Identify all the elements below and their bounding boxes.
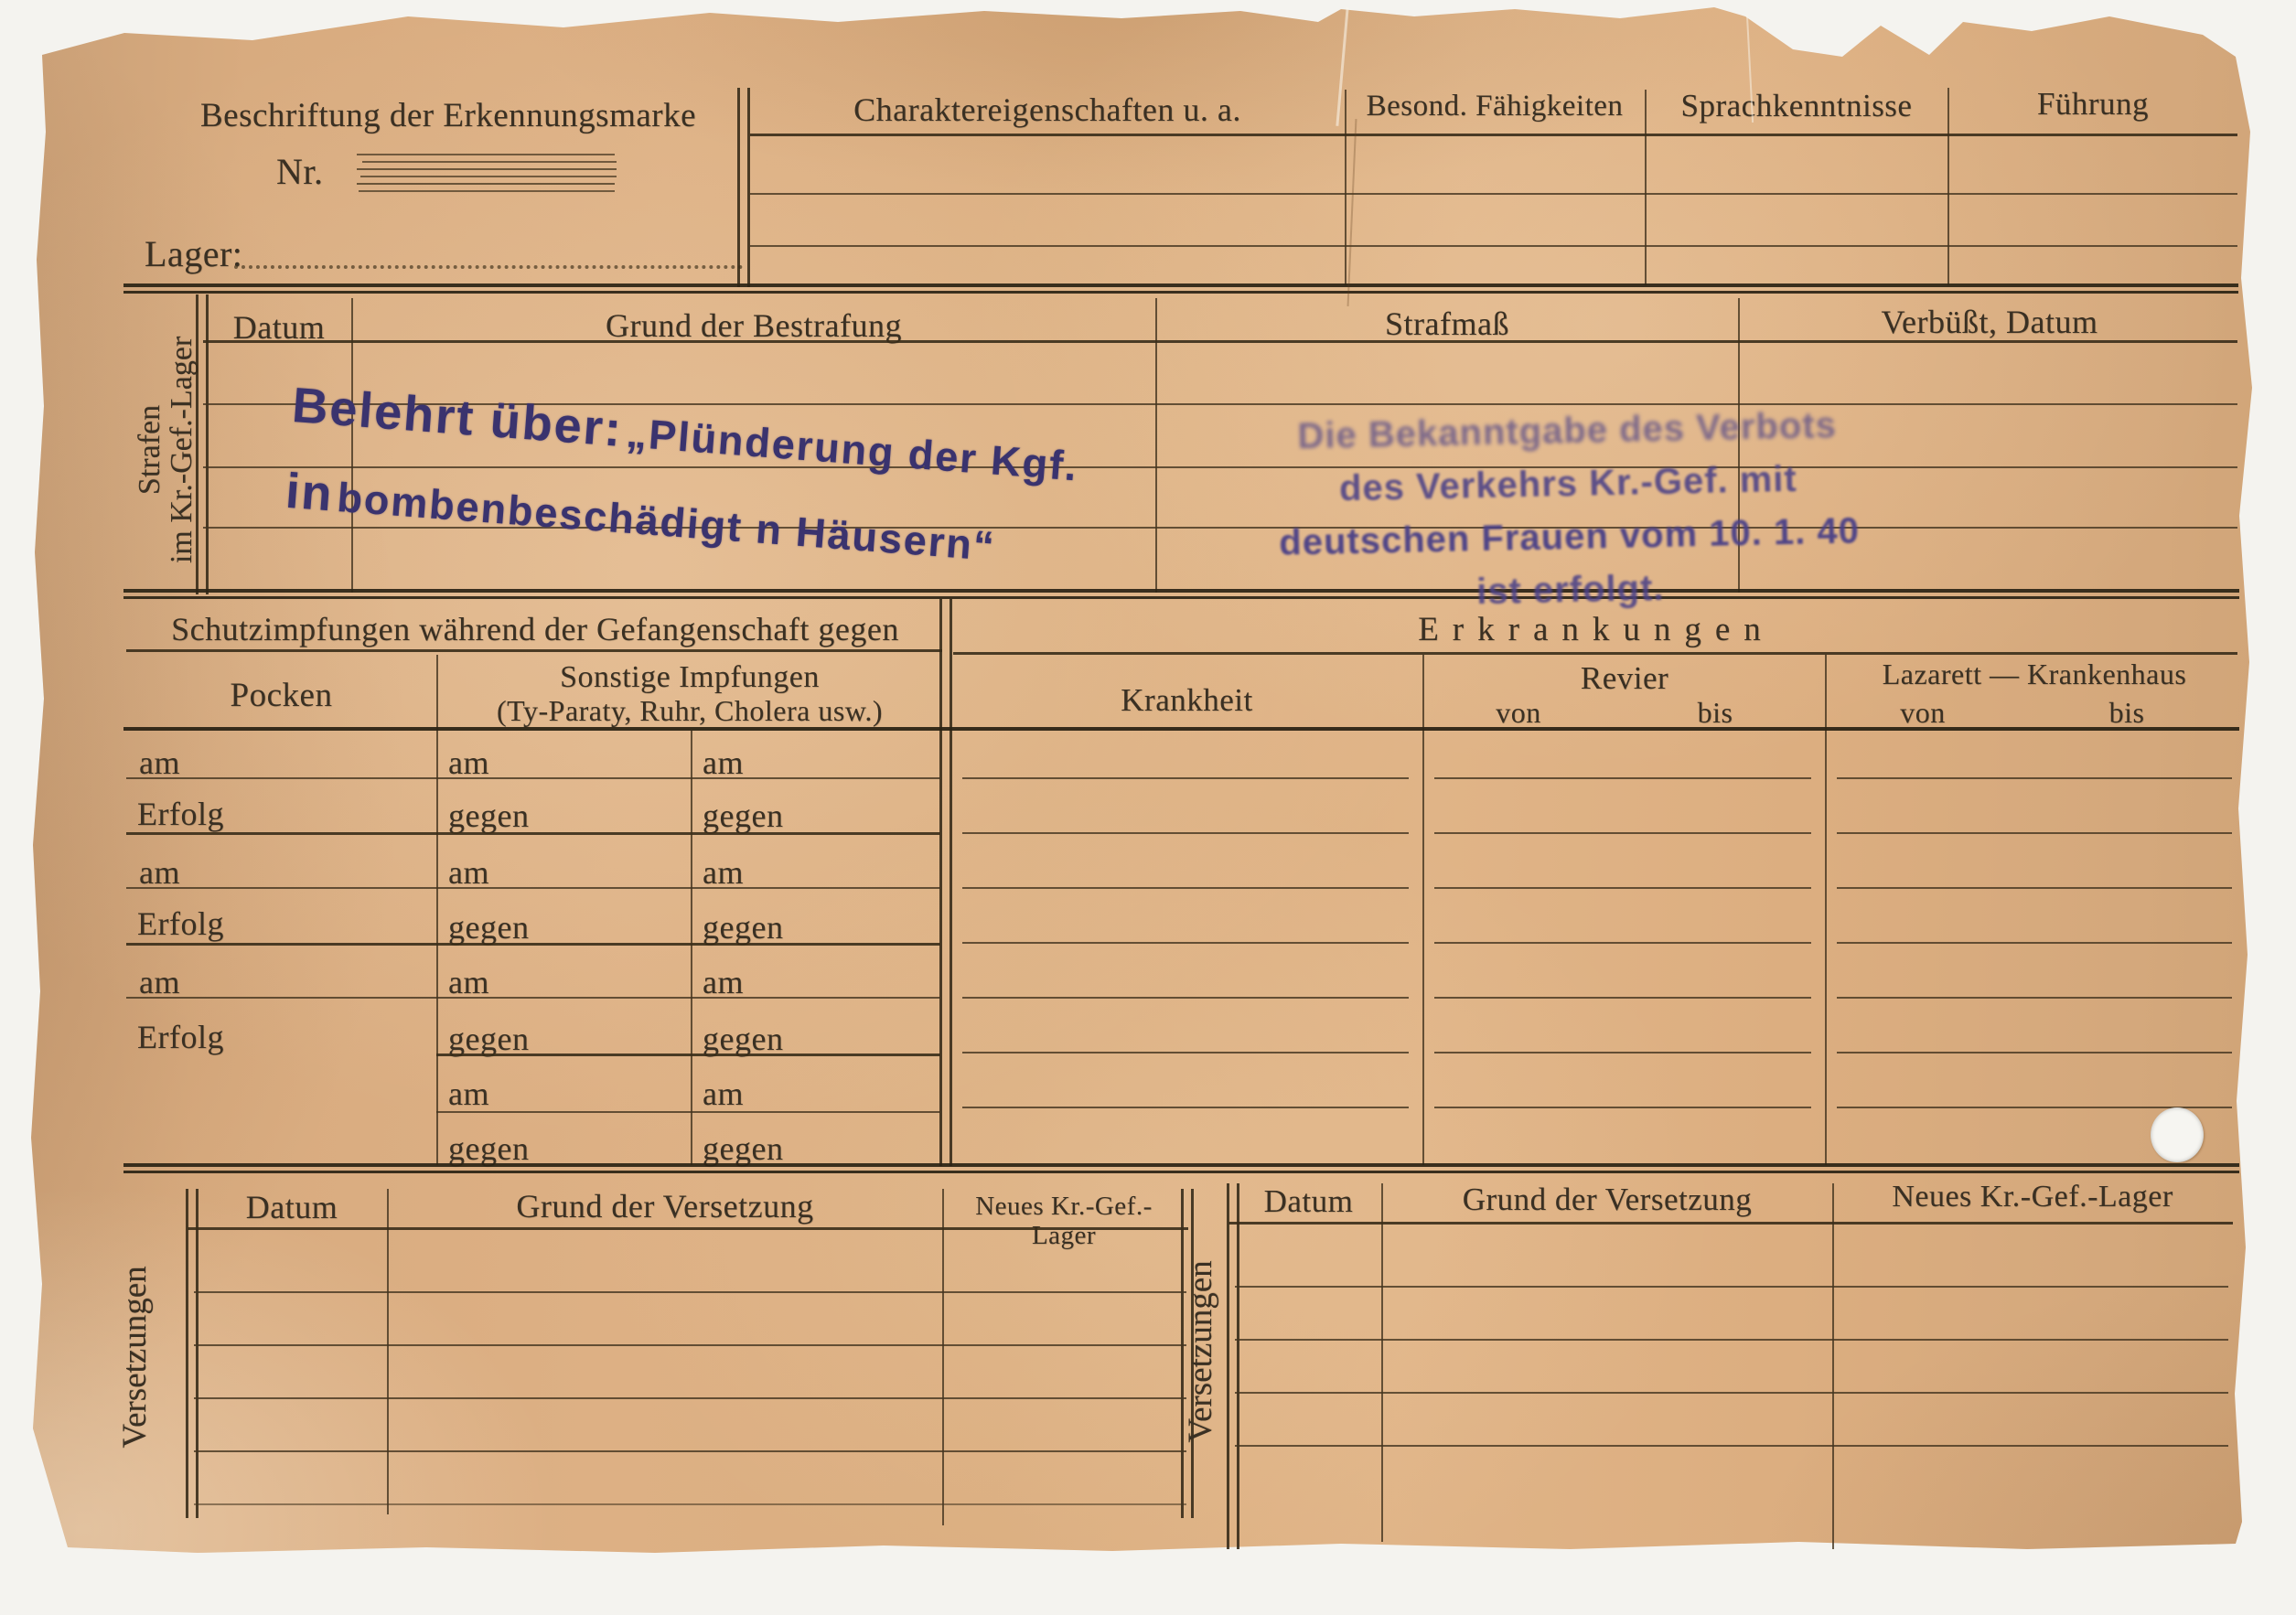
rule-line	[126, 777, 940, 779]
rule-line	[126, 943, 940, 946]
rule-line	[962, 1107, 1409, 1108]
pocken-am-label: am	[139, 854, 180, 891]
column-header-fuehrung: Führung	[1951, 86, 2235, 122]
column-header-grund-der-versetzung: Grund der Versetzung	[1383, 1182, 1831, 1217]
rule-line	[126, 997, 940, 999]
document-scan: Beschriftung der Erkennungsmarke Nr. Lag…	[0, 0, 2296, 1615]
sonstige1-am-label: am	[448, 964, 489, 1000]
rule-line	[1837, 777, 2232, 779]
nr-label: Nr.	[276, 152, 324, 193]
rule-line	[962, 1052, 1409, 1053]
rule-line	[1235, 1392, 2228, 1394]
rule-line	[1434, 832, 1811, 834]
divider-line	[691, 731, 692, 1165]
versetzungen-side-label: Versetzungen	[115, 1229, 156, 1485]
rule-line	[1434, 1107, 1811, 1108]
divider-line	[939, 599, 952, 1166]
pocken-erfolg-label: Erfolg	[137, 796, 224, 832]
rule-line	[126, 649, 942, 652]
rule-line	[194, 1344, 1186, 1346]
rule-line	[123, 727, 2239, 731]
divider-line	[737, 88, 750, 287]
lazarett-bis-label: bis	[2072, 697, 2182, 730]
column-header-sprachkenntnisse: Sprachkenntnisse	[1648, 88, 1945, 123]
rule-line	[962, 887, 1409, 889]
verbot-stamp: Die Bekanntgabe des Verbots des Verkehrs…	[1215, 397, 1924, 624]
section-border	[123, 1163, 2239, 1173]
rule-line	[203, 340, 2237, 343]
column-header-besond-faehigkeiten: Besond. Fähigkeiten	[1348, 90, 1641, 123]
rule-line	[1837, 832, 2232, 834]
column-header-sonstige-detail: (Ty-Paraty, Ruhr, Cholera usw.)	[439, 695, 940, 728]
section-border	[123, 283, 2238, 294]
divider-line	[387, 1189, 389, 1514]
rule-line	[750, 193, 2237, 195]
pocken-erfolg-label: Erfolg	[137, 905, 224, 942]
column-header-sonstige-impfungen: Sonstige Impfungen	[439, 660, 940, 695]
divider-line	[436, 655, 438, 1165]
rule-line	[126, 887, 940, 889]
rule-line	[1235, 1339, 2228, 1341]
sonstige1-am-label: am	[448, 854, 489, 891]
schutzimpfungen-title: Schutzimpfungen während der Gefangenscha…	[128, 611, 942, 647]
nr-ruling-line	[357, 183, 615, 185]
nr-ruling-line	[362, 161, 617, 163]
pocken-am-label: am	[139, 744, 180, 781]
sonstige2-am-label: am	[703, 964, 744, 1000]
lager-dotted-line	[234, 232, 743, 269]
rule-line	[953, 652, 2237, 655]
divider-line	[186, 1189, 198, 1518]
rule-line	[1434, 1052, 1811, 1053]
rule-line	[1235, 1445, 2228, 1447]
rule-line	[188, 1227, 1188, 1230]
column-header-strafmass: Strafmaß	[1157, 305, 1737, 342]
rule-line	[1434, 997, 1811, 999]
rule-line	[962, 997, 1409, 999]
sonstige2-gegen-label: gegen	[703, 909, 783, 946]
rule-line	[962, 832, 1409, 834]
divider-line	[1422, 655, 1424, 1165]
sonstige1-gegen-label: gegen	[448, 1021, 529, 1057]
nr-ruling-line	[357, 154, 615, 155]
rule-line	[1837, 942, 2232, 944]
sonstige2-am-label: am	[703, 744, 744, 781]
sonstige2-am-label: am	[703, 854, 744, 891]
divider-line	[1381, 1183, 1383, 1542]
strafen-side-label-line1: Strafen	[134, 313, 166, 587]
nr-ruling-line	[359, 190, 615, 192]
sonstige2-gegen-label: gegen	[703, 1130, 783, 1167]
rule-line	[1434, 777, 1811, 779]
column-header-grund-der-versetzung: Grund der Versetzung	[389, 1188, 941, 1225]
column-header-datum: Datum	[1238, 1183, 1379, 1219]
strafen-side-label-line2: im Kr.-Gef.-Lager	[166, 313, 198, 587]
revier-von-label: von	[1464, 697, 1573, 730]
rule-line	[750, 245, 2237, 247]
strafen-side-label: Strafen im Kr.-Gef.-Lager	[134, 313, 196, 587]
rule-line	[750, 134, 2237, 136]
punch-hole	[2151, 1107, 2204, 1162]
rule-line	[1837, 1052, 2232, 1053]
divider-line	[1825, 655, 1827, 1165]
column-header-grund-der-bestrafung: Grund der Bestrafung	[353, 307, 1154, 344]
belehrt-lead: in	[284, 464, 335, 522]
rule-line	[194, 1503, 1186, 1505]
column-header-krankheit: Krankheit	[951, 682, 1422, 718]
sonstige2-am-label: am	[703, 1075, 744, 1112]
divider-line	[1832, 1183, 1834, 1549]
erkennungsmarke-title: Beschriftung der Erkennungsmarke	[174, 97, 723, 134]
rule-line	[962, 777, 1409, 779]
rule-line	[194, 1450, 1186, 1452]
nr-ruling-line	[357, 168, 617, 170]
sonstige1-am-label: am	[448, 1075, 489, 1112]
divider-line	[1645, 90, 1647, 285]
nr-ruling-line	[360, 176, 617, 177]
rule-line	[1228, 1222, 2233, 1225]
pocken-erfolg-label: Erfolg	[137, 1019, 224, 1055]
rule-line	[1235, 1286, 2228, 1288]
column-header-pocken: Pocken	[128, 677, 435, 714]
erkrankungen-title: Erkrankungen	[960, 611, 2232, 648]
column-header-neues-lager: Neues Kr.-Gef.-Lager	[944, 1192, 1184, 1251]
rule-line	[194, 1291, 1186, 1293]
rule-line	[1837, 887, 2232, 889]
rule-line	[1837, 997, 2232, 999]
rule-line	[126, 832, 940, 835]
column-header-datum: Datum	[197, 1189, 387, 1225]
revier-bis-label: bis	[1660, 697, 1770, 730]
divider-line	[1345, 90, 1346, 285]
versetzungen-side-label: Versetzungen	[1181, 1224, 1221, 1480]
pocken-am-label: am	[139, 964, 180, 1000]
sonstige1-gegen-label: gegen	[448, 1130, 529, 1167]
column-header-neues-lager: Neues Kr.-Gef.-Lager	[1834, 1180, 2231, 1214]
column-header-verbuesst-datum: Verbüßt, Datum	[1740, 304, 2239, 340]
rule-line	[194, 1397, 1186, 1399]
divider-line	[1947, 88, 1949, 285]
rule-line	[436, 1053, 940, 1056]
sonstige1-gegen-label: gegen	[448, 797, 529, 834]
column-header-lazarett: Lazarett — Krankenhaus	[1829, 658, 2239, 691]
divider-line	[1227, 1183, 1239, 1549]
sonstige1-am-label: am	[448, 744, 489, 781]
rule-line	[436, 1111, 940, 1113]
lager-label: Lager:	[145, 234, 242, 275]
sonstige1-gegen-label: gegen	[448, 909, 529, 946]
column-header-charaktereigenschaften: Charaktereigenschaften u. a.	[759, 91, 1336, 128]
lazarett-von-label: von	[1868, 697, 1978, 730]
sonstige2-gegen-label: gegen	[703, 1021, 783, 1057]
rule-line	[962, 942, 1409, 944]
column-header-revier: Revier	[1427, 660, 1822, 696]
sonstige2-gegen-label: gegen	[703, 797, 783, 834]
rule-line	[1434, 887, 1811, 889]
rule-line	[1434, 942, 1811, 944]
